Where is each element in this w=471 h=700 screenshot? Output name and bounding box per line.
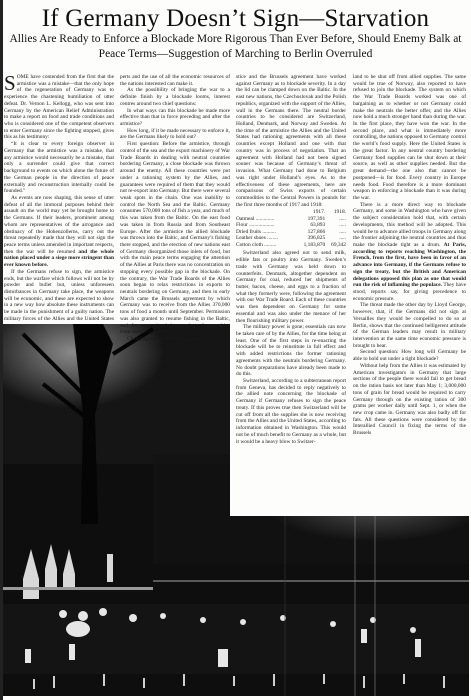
paragraph: “It is clear to every foreign observer i… bbox=[4, 141, 114, 195]
paragraph: OME have contended from the first that t… bbox=[4, 74, 114, 140]
paragraph: There is a more direct way to blockade G… bbox=[353, 202, 466, 303]
article-column-3: stice and the Brussels agreement have wo… bbox=[236, 74, 346, 514]
article-column-4: land to be shut off from allied supplies… bbox=[353, 74, 466, 516]
paragraph: stice and the Brussels agreement have wo… bbox=[236, 74, 346, 208]
subheadline: Allies Are Ready to Enforce a Blockade M… bbox=[4, 32, 467, 61]
paragraph: Second question: How long will Germany b… bbox=[353, 349, 466, 362]
article-column-1: SOME have contended from the first that … bbox=[4, 74, 114, 322]
paragraph: Switzerland, according to a subterranean… bbox=[236, 378, 346, 445]
paragraph: How long, if it be made necessary to enf… bbox=[120, 128, 230, 141]
paragraph: If the Germans refuse to sign, the armis… bbox=[4, 269, 114, 322]
swiss-exports-table: 1917. 1918. Oatmeal .............. 197,3… bbox=[236, 209, 346, 248]
article-column-2: perts and the use of all the economic re… bbox=[120, 74, 230, 432]
paragraph: Without help from the Allies it was esti… bbox=[353, 363, 466, 437]
paragraph: The threat made the other day by Lloyd G… bbox=[353, 302, 466, 349]
paragraph: land to be shut off from allied supplies… bbox=[353, 74, 466, 202]
drop-cap: S bbox=[4, 74, 16, 92]
paragraph: In what ways can this blockade be made m… bbox=[120, 108, 230, 128]
headline: If Germany Doesn’t Sign—Starvation bbox=[0, 4, 471, 34]
paragraph: As events are now shaping, this sense of… bbox=[4, 195, 114, 269]
paragraph: Switzerland also agreed not to send milk… bbox=[236, 250, 346, 324]
paragraph: The military power is gone; essentials c… bbox=[236, 324, 346, 378]
paragraph: Changing conditions since the armi- bbox=[120, 336, 230, 343]
paragraph: perts and the use of all the economic re… bbox=[120, 74, 230, 87]
paragraph: As the possibility of bringing the war t… bbox=[120, 87, 230, 107]
newspaper-page: If Germany Doesn’t Sign—Starvation Allie… bbox=[0, 0, 471, 700]
table-row: Cotton cloth ......... 1,183,870 69,342 bbox=[236, 242, 346, 249]
paragraph: First question: Before the armistice, th… bbox=[120, 141, 230, 336]
